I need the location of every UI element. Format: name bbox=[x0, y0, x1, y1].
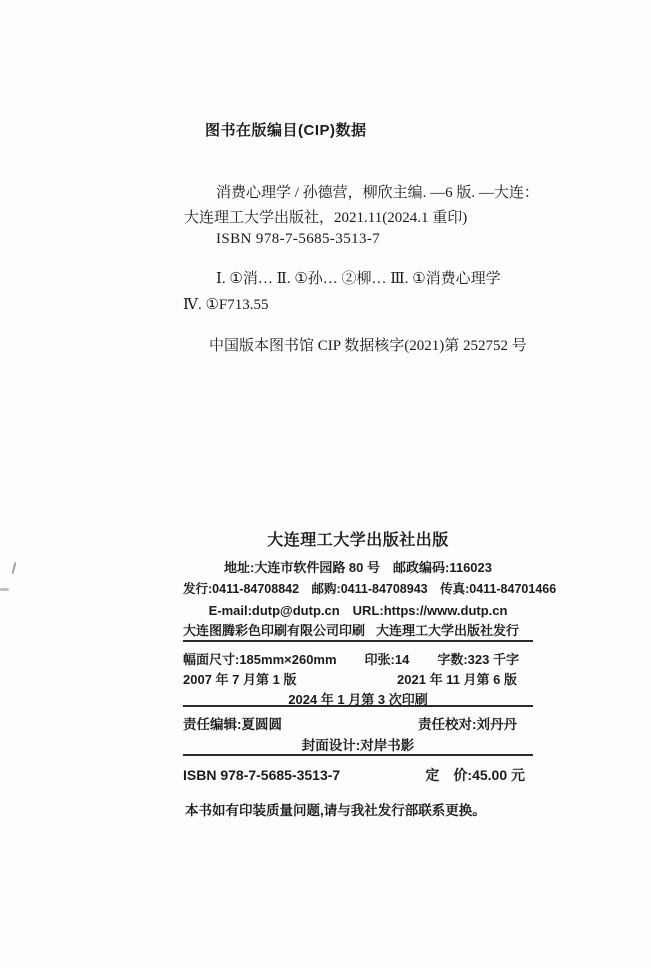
publisher-contact: E-mail:dutp@dutp.cn URL:https://www.dutp… bbox=[183, 600, 533, 619]
divider-line-top bbox=[183, 640, 533, 642]
credit-proofreader: 责任校对:刘丹丹 bbox=[418, 713, 517, 733]
cip-classification-line2: Ⅳ. ①F713.55 bbox=[183, 295, 269, 314]
isbn-price-row: ISBN 978-7-5685-3513-7 定 价:45.00 元 bbox=[183, 765, 533, 785]
publisher-line: 大连理工大学出版社出版 bbox=[183, 527, 533, 550]
cip-entry-line1: 消费心理学 / 孙德营，柳欣主编. —6 版. —大连： bbox=[216, 181, 539, 202]
spec-current-edition: 2021 年 11 月第 6 版 bbox=[397, 669, 517, 688]
spec-word-count: 字数:323 千字 bbox=[437, 649, 519, 668]
cip-entry-line2: 大连理工大学出版社，2021.11(2024.1 重印) bbox=[184, 206, 467, 227]
cip-record-number: 中国版本图书馆 CIP 数据核字(2021)第 252752 号 bbox=[209, 334, 527, 355]
scan-artifact bbox=[12, 562, 17, 574]
printer-name: 大连图腾彩色印刷有限公司印刷 bbox=[183, 620, 365, 639]
credits-row: 责任编辑:夏圆圆 责任校对:刘丹丹 bbox=[183, 713, 533, 733]
credit-editor: 责任编辑:夏圆圆 bbox=[183, 713, 282, 733]
spec-size: 幅面尺寸:185mm×260mm bbox=[183, 649, 337, 668]
issuer-name: 大连理工大学出版社发行 bbox=[376, 620, 519, 639]
spec-row-editions: 2007 年 7 月第 1 版 2021 年 11 月第 6 版 bbox=[183, 669, 533, 688]
cip-classification-line1: Ⅰ. ①消… Ⅱ. ①孙… ②柳… Ⅲ. ①消费心理学 bbox=[216, 267, 501, 288]
quality-notice: 本书如有印装质量问题,请与我社发行部联系更换。 bbox=[185, 799, 486, 819]
publisher-phones: 发行:0411-84708842 邮购:0411-84708943 传真:041… bbox=[183, 579, 533, 597]
credit-cover-design: 封面设计:对岸书影 bbox=[183, 734, 533, 754]
spec-row-size: 幅面尺寸:185mm×260mm 印张:14 字数:323 千字 bbox=[183, 649, 533, 668]
isbn-number: ISBN 978-7-5685-3513-7 bbox=[183, 767, 340, 783]
price-value: 定 价:45.00 元 bbox=[425, 765, 525, 785]
book-copyright-page: 图书在版编目(CIP)数据 消费心理学 / 孙德营，柳欣主编. —6 版. —大… bbox=[0, 0, 651, 968]
divider-line-bottom bbox=[183, 754, 533, 756]
cip-heading: 图书在版编目(CIP)数据 bbox=[205, 119, 367, 140]
divider-line-middle bbox=[183, 705, 533, 707]
publisher-address: 地址:大连市软件园路 80 号 邮政编码:116023 bbox=[183, 557, 533, 576]
spec-sheets: 印张:14 bbox=[365, 649, 410, 668]
cip-entry-isbn: ISBN 978-7-5685-3513-7 bbox=[216, 231, 380, 248]
printer-issuer-row: 大连图腾彩色印刷有限公司印刷 大连理工大学出版社发行 bbox=[183, 620, 533, 639]
scan-artifact bbox=[0, 588, 9, 591]
spec-first-edition: 2007 年 7 月第 1 版 bbox=[183, 669, 296, 688]
